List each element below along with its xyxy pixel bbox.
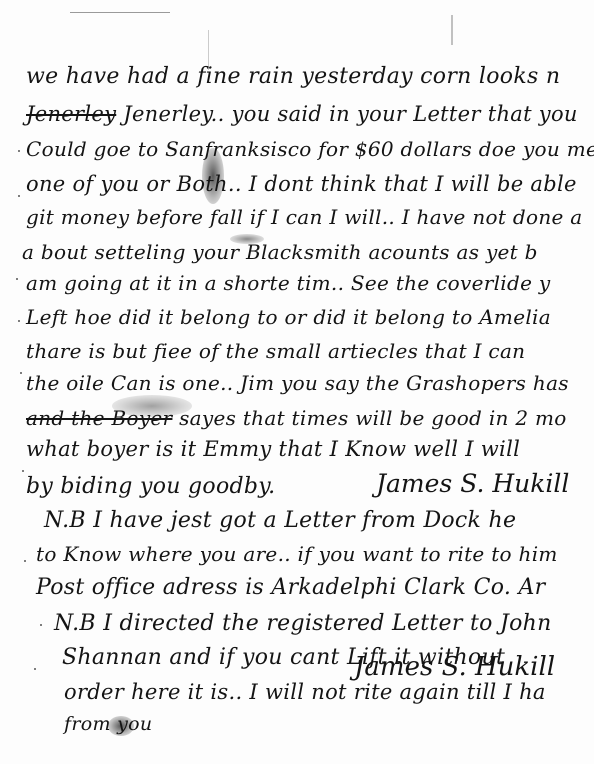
handwritten-line: Jenerley Jenerley.. you said in your Let… — [26, 102, 578, 126]
margin-dot — [34, 668, 36, 670]
line-text: Could goe to Sanfranksisco for $60 dolla… — [26, 137, 594, 161]
margin-dot — [16, 278, 18, 280]
line-text: Left hoe did it belong to or did it belo… — [26, 305, 551, 329]
struck-through-word: Jenerley — [26, 102, 116, 126]
line-text: N.B I directed the registered Letter to … — [54, 611, 552, 636]
margin-dot — [20, 372, 22, 374]
handwritten-line: Left hoe did it belong to or did it belo… — [26, 305, 551, 329]
line-text: Post office adress is Arkadelphi Clark C… — [36, 575, 546, 600]
handwritten-line: by biding you goodby. — [26, 474, 275, 499]
handwritten-line: to Know where you are.. if you want to r… — [36, 542, 558, 566]
line-text: order here it is.. I will not rite again… — [64, 680, 546, 704]
scan-artifact-fold — [451, 15, 453, 45]
handwritten-line: the oile Can is one.. Jim you say the Gr… — [26, 371, 569, 395]
signature: James S. Hukill — [376, 469, 569, 498]
line-text: we have had a fine rain yesterday corn l… — [26, 64, 560, 89]
line-text: N.B I have jest got a Letter from Dock h… — [44, 508, 516, 533]
handwritten-line: order here it is.. I will not rite again… — [64, 680, 546, 704]
line-text: the oile Can is one.. Jim you say the Gr… — [26, 371, 569, 395]
handwritten-line: and the Boyer sayes that times will be g… — [26, 406, 567, 430]
margin-dot — [40, 624, 42, 626]
handwritten-line: we have had a fine rain yesterday corn l… — [26, 64, 560, 89]
line-text: am going at it in a shorte tim.. See the… — [26, 271, 550, 295]
line-text: what boyer is it Emmy that I Know well I… — [26, 437, 520, 461]
line-text: thare is but fiee of the small artiecles… — [26, 339, 525, 363]
margin-dot — [18, 320, 20, 322]
line-text: by biding you goodby. — [26, 474, 275, 499]
handwritten-line: git money before fall if I can I will.. … — [26, 205, 583, 229]
line-text: from you — [64, 713, 152, 735]
line-text: sayes that times will be good in 2 mo — [172, 406, 566, 430]
handwritten-line: Post office adress is Arkadelphi Clark C… — [36, 575, 546, 600]
struck-through-word: and the Boyer — [26, 406, 172, 430]
line-text: to Know where you are.. if you want to r… — [36, 542, 558, 566]
scanned-letter-page: we have had a fine rain yesterday corn l… — [0, 0, 594, 764]
handwritten-line: N.B I directed the registered Letter to … — [54, 611, 552, 636]
line-text: git money before fall if I can I will.. … — [26, 205, 583, 229]
line-text: one of you or Both.. I dont think that I… — [26, 172, 577, 196]
margin-dot — [24, 560, 26, 562]
scan-artifact-line — [70, 12, 170, 13]
margin-dot — [22, 470, 24, 472]
margin-dot — [18, 195, 20, 197]
handwritten-line: a bout setteling your Blacksmith acounts… — [22, 240, 538, 264]
handwritten-line: am going at it in a shorte tim.. See the… — [26, 271, 550, 295]
line-text: Jenerley.. you said in your Letter that … — [116, 102, 577, 126]
handwritten-line: N.B I have jest got a Letter from Dock h… — [44, 508, 516, 533]
line-text: a bout setteling your Blacksmith acounts… — [22, 240, 538, 264]
handwritten-line: what boyer is it Emmy that I Know well I… — [26, 437, 520, 461]
handwritten-line: from you — [64, 713, 152, 735]
margin-dot — [18, 150, 20, 152]
handwritten-line: thare is but fiee of the small artiecles… — [26, 339, 525, 363]
signature: James S. Hukill — [354, 652, 555, 682]
handwritten-line: one of you or Both.. I dont think that I… — [26, 172, 577, 196]
handwritten-line: Could goe to Sanfranksisco for $60 dolla… — [26, 137, 594, 161]
